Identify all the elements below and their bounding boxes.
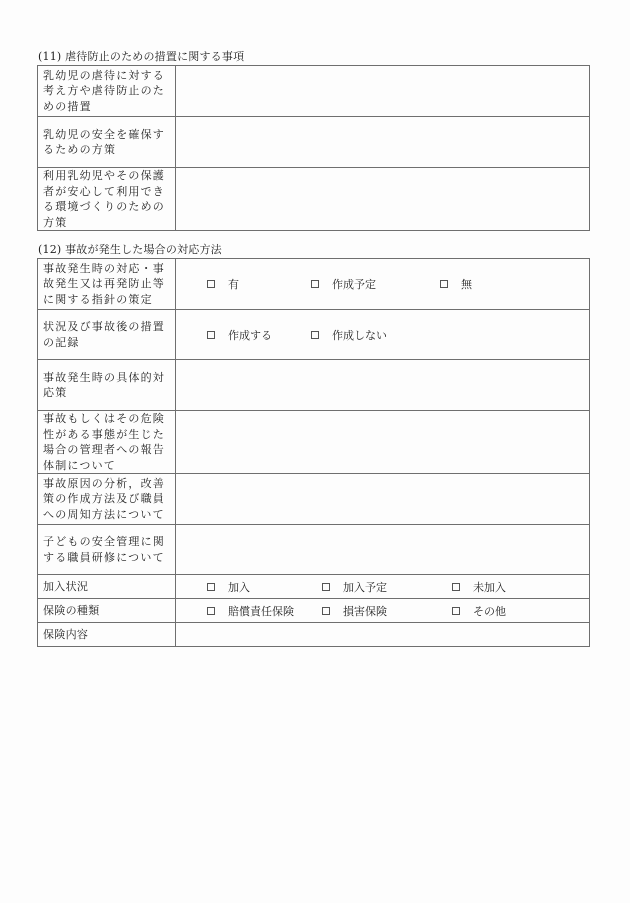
row-label: 事故もしくはその危険性がある事態が生じた場合の管理者への報告体制について — [38, 411, 176, 474]
table-row: 加入状況 加入 加入予定 未加入 — [38, 575, 590, 599]
checkbox-icon[interactable] — [207, 280, 215, 288]
checkbox-icon[interactable] — [207, 331, 215, 339]
row-label: 乳幼児の安全を確保するための方策 — [38, 117, 176, 168]
cause-analysis-field[interactable] — [176, 474, 590, 525]
checkbox-icon[interactable] — [207, 583, 215, 591]
row-label: 保険の種類 — [38, 599, 176, 623]
checkbox-icon[interactable] — [440, 280, 448, 288]
record-options: 作成する 作成しない — [176, 310, 590, 360]
option-yes[interactable]: 有 — [207, 276, 239, 292]
row-label: 状況及び事故後の措置の記録 — [38, 310, 176, 360]
environment-measures-field[interactable] — [176, 168, 590, 231]
table-row: 乳幼児の虐待に対する考え方や虐待防止のための措置 — [38, 66, 590, 117]
checkbox-icon[interactable] — [207, 607, 215, 615]
option-no[interactable]: 無 — [440, 276, 472, 292]
specific-response-field[interactable] — [176, 360, 590, 411]
enrollment-options: 加入 加入予定 未加入 — [176, 575, 590, 599]
option-planned[interactable]: 作成予定 — [311, 276, 376, 292]
row-label: 事故原因の分析，改善策の作成方法及び職員への周知方法について — [38, 474, 176, 525]
section-12-title: (12) 事故が発生した場合の対応方法 — [38, 243, 222, 257]
option-enroll-planned[interactable]: 加入予定 — [322, 579, 387, 595]
option-not-enrolled[interactable]: 未加入 — [452, 579, 506, 595]
insurance-type-options: 賠償責任保険 損害保険 その他 — [176, 599, 590, 623]
table-row: 事故発生時の対応・事故発生又は再発防止等に関する指針の策定 有 作成予定 無 — [38, 259, 590, 310]
row-label: 事故発生時の具体的対応策 — [38, 360, 176, 411]
table-row: 状況及び事故後の措置の記録 作成する 作成しない — [38, 310, 590, 360]
option-other[interactable]: その他 — [452, 603, 506, 619]
abuse-policy-field[interactable] — [176, 66, 590, 117]
table-row: 利用乳幼児やその保護者が安心して利用できる環境づくりのための方策 — [38, 168, 590, 231]
option-enrolled[interactable]: 加入 — [207, 579, 250, 595]
insurance-details-field[interactable] — [176, 623, 590, 647]
option-not-create[interactable]: 作成しない — [311, 327, 387, 343]
reporting-system-field[interactable] — [176, 411, 590, 474]
option-liability-insurance[interactable]: 賠償責任保険 — [207, 603, 294, 619]
section-11-title: (11) 虐待防止のための措置に関する事項 — [38, 50, 244, 64]
table-row: 子どもの安全管理に関する職員研修について — [38, 525, 590, 575]
guideline-options: 有 作成予定 無 — [176, 259, 590, 310]
checkbox-icon[interactable] — [322, 607, 330, 615]
checkbox-icon[interactable] — [452, 583, 460, 591]
table-row: 事故原因の分析，改善策の作成方法及び職員への周知方法について — [38, 474, 590, 525]
table-row: 乳幼児の安全を確保するための方策 — [38, 117, 590, 168]
row-label: 子どもの安全管理に関する職員研修について — [38, 525, 176, 575]
row-label: 利用乳幼児やその保護者が安心して利用できる環境づくりのための方策 — [38, 168, 176, 231]
row-label: 保険内容 — [38, 623, 176, 647]
accident-response-table: 事故発生時の対応・事故発生又は再発防止等に関する指針の策定 有 作成予定 無 状… — [37, 258, 590, 647]
table-row: 事故発生時の具体的対応策 — [38, 360, 590, 411]
row-label: 加入状況 — [38, 575, 176, 599]
abuse-prevention-table: 乳幼児の虐待に対する考え方や虐待防止のための措置 乳幼児の安全を確保するための方… — [37, 65, 590, 231]
row-label: 乳幼児の虐待に対する考え方や虐待防止のための措置 — [38, 66, 176, 117]
row-label: 事故発生時の対応・事故発生又は再発防止等に関する指針の策定 — [38, 259, 176, 310]
checkbox-icon[interactable] — [322, 583, 330, 591]
table-row: 保険内容 — [38, 623, 590, 647]
option-create[interactable]: 作成する — [207, 327, 272, 343]
safety-measures-field[interactable] — [176, 117, 590, 168]
checkbox-icon[interactable] — [311, 280, 319, 288]
option-damage-insurance[interactable]: 損害保険 — [322, 603, 387, 619]
checkbox-icon[interactable] — [311, 331, 319, 339]
table-row: 保険の種類 賠償責任保険 損害保険 その他 — [38, 599, 590, 623]
checkbox-icon[interactable] — [452, 607, 460, 615]
table-row: 事故もしくはその危険性がある事態が生じた場合の管理者への報告体制について — [38, 411, 590, 474]
staff-training-field[interactable] — [176, 525, 590, 575]
